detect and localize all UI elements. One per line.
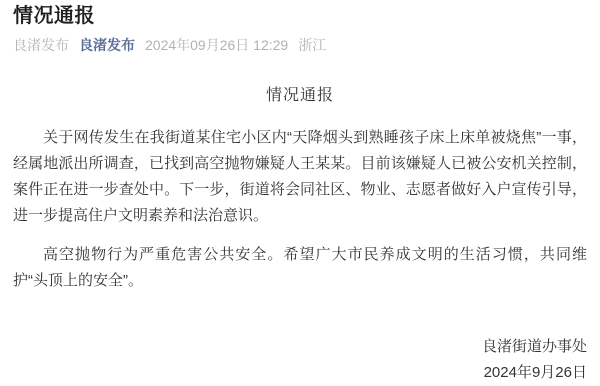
byline: 良渚发布 良渚发布 2024年09月26日 12:29 浙江 [13,37,587,53]
signature-block: 良渚街道办事处 2024年9月26日 [13,334,587,386]
signature-org: 良渚街道办事处 [13,334,587,360]
article-title: 情况通报 [13,4,587,28]
paragraph-2: 高空抛物行为严重危害公共安全。希望广大市民养成文明的生活习惯，共同维护“头顶上的… [13,242,587,294]
document-title: 情况通报 [13,83,587,109]
paragraph-1: 关于网传发生在我街道某住宅小区内“天降烟头到熟睡孩子床上床单被烧焦”一事，经属地… [13,125,587,229]
byline-datetime: 2024年09月26日 12:29 [145,37,288,53]
article-content: 情况通报 关于网传发生在我街道某住宅小区内“天降烟头到熟睡孩子床上床单被烧焦”一… [13,83,587,386]
article-page: 情况通报 良渚发布 良渚发布 2024年09月26日 12:29 浙江 情况通报… [0,0,600,386]
signature-date: 2024年9月26日 [13,360,587,386]
byline-location: 浙江 [298,37,326,53]
byline-account-link[interactable]: 良渚发布 [79,37,135,53]
byline-author: 良渚发布 [13,37,69,53]
